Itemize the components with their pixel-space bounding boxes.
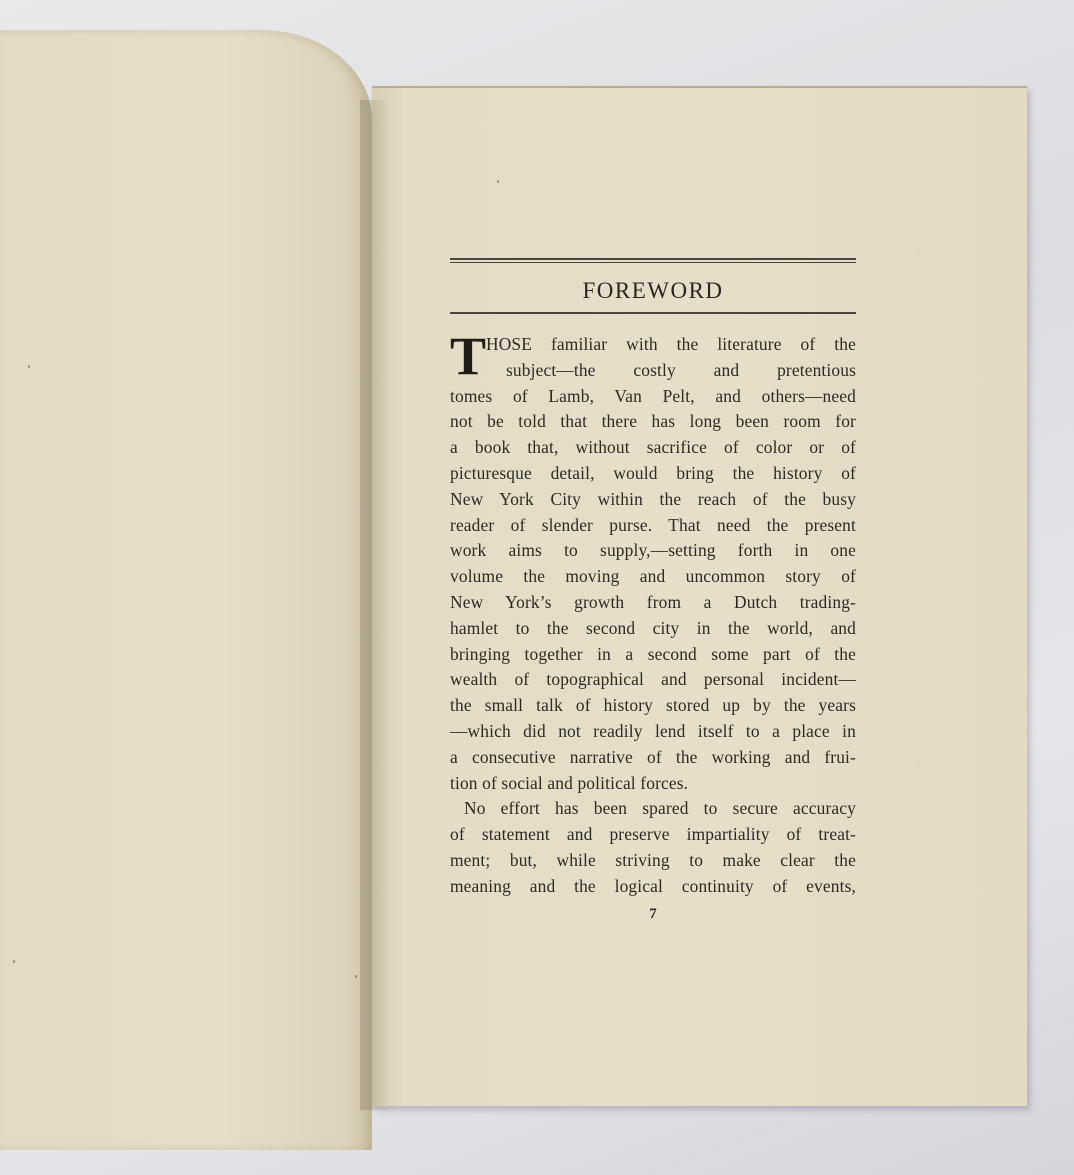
text-line: the small talk of history stored up by t… bbox=[450, 693, 856, 719]
gutter-shadow bbox=[360, 100, 390, 1110]
text-line: —which did not readily lend itself to a … bbox=[450, 719, 856, 745]
text-line: T HOSE familiar with the literature of t… bbox=[450, 332, 856, 358]
text-line: wealth of topographical and personal inc… bbox=[450, 667, 856, 693]
text-line: New York’s growth from a Dutch trading- bbox=[450, 590, 856, 616]
text-line: a book that, without sacrifice of color … bbox=[450, 435, 856, 461]
heading-underline-rule bbox=[450, 312, 856, 314]
text-line: ment; but, while striving to make clear … bbox=[450, 848, 856, 874]
text-line: bringing together in a second some part … bbox=[450, 642, 856, 668]
text-line: work aims to supply,—setting forth in on… bbox=[450, 538, 856, 564]
page-number: 7 bbox=[450, 906, 856, 923]
page-title: FOREWORD bbox=[450, 263, 856, 312]
text-line: volume the moving and uncommon story of bbox=[450, 564, 856, 590]
foreword-text-block: FOREWORD T HOSE familiar with the litera… bbox=[450, 258, 856, 923]
text-line: tomes of Lamb, Van Pelt, and others—need bbox=[450, 384, 856, 410]
text-line: of statement and preserve impartiality o… bbox=[450, 822, 856, 848]
text-line: a consecutive narrative of the working a… bbox=[450, 745, 856, 771]
text-line: subject—the costly and pretentious bbox=[450, 358, 856, 384]
text-line: reader of slender purse. That need the p… bbox=[450, 513, 856, 539]
photo-scene: FOREWORD T HOSE familiar with the litera… bbox=[0, 0, 1074, 1175]
text-line: picturesque detail, would bring the hist… bbox=[450, 461, 856, 487]
text-line: hamlet to the second city in the world, … bbox=[450, 616, 856, 642]
text-line: meaning and the logical continuity of ev… bbox=[450, 874, 856, 900]
foreword-body: T HOSE familiar with the literature of t… bbox=[450, 332, 856, 900]
left-blank-page bbox=[0, 30, 372, 1150]
drop-cap: T bbox=[450, 334, 486, 378]
text-line: not be told that there has long been roo… bbox=[450, 409, 856, 435]
text-line: New York City within the reach of the bu… bbox=[450, 487, 856, 513]
text-line: tion of social and political forces. bbox=[450, 771, 856, 797]
text-line: No effort has been spared to secure accu… bbox=[450, 796, 856, 822]
